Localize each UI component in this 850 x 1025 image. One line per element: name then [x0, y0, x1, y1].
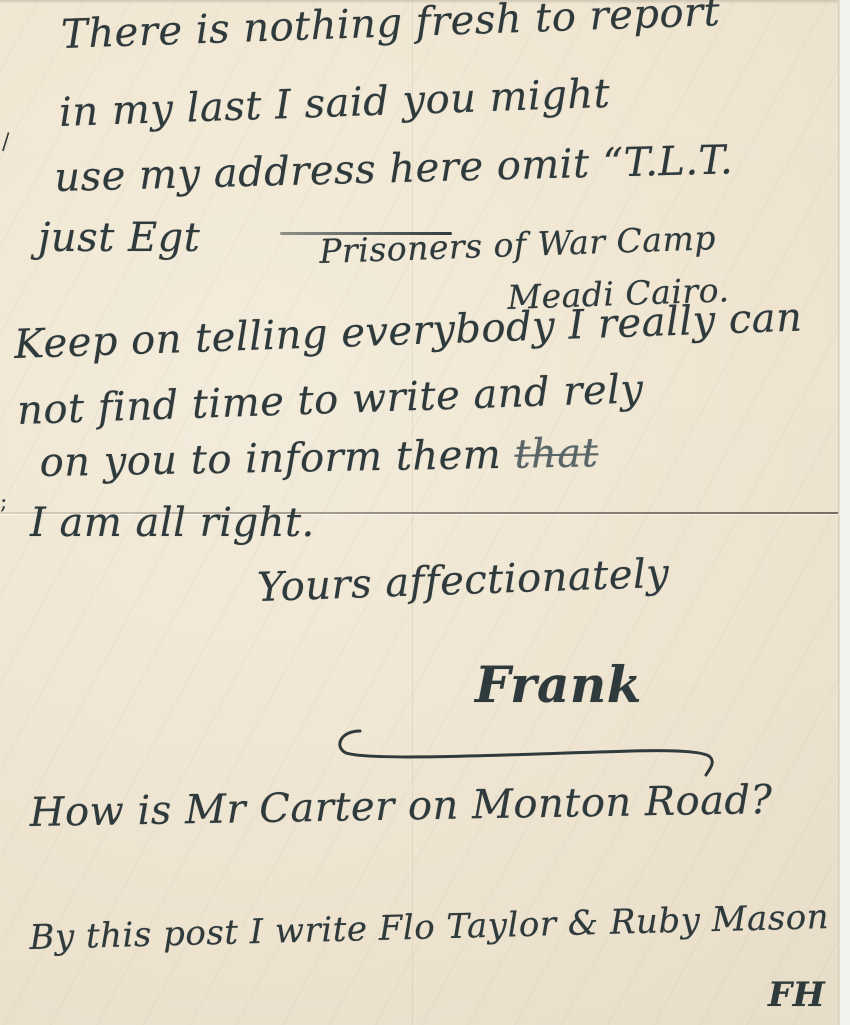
- letter-line-7: on you to inform them that: [39, 430, 598, 486]
- letter-page: / ; There is nothing fresh to report in …: [0, 0, 839, 1025]
- postscript-line-1: How is Mr Carter on Monton Road?: [29, 777, 773, 836]
- letter-line-3: use my address here omit “T.L.T.: [54, 137, 734, 201]
- letter-line-4: just Egt: [38, 215, 200, 261]
- margin-mark: /: [2, 130, 9, 155]
- signature-flourish: [332, 725, 722, 785]
- postscript-line-2: By this post I write Flo Taylor & Ruby M…: [29, 897, 830, 958]
- letter-line-6: not find time to write and rely: [16, 366, 644, 434]
- letter-line-2: in my last I said you might: [58, 71, 611, 136]
- letter-line-8: I am all right.: [30, 500, 315, 546]
- letter-line-1: There is nothing fresh to report: [60, 0, 721, 58]
- signature: Frank: [475, 655, 642, 714]
- address-line-1: Prisoners of War Camp: [319, 218, 717, 271]
- margin-mark: ;: [0, 490, 7, 515]
- closing-salutation: Yours affectionately: [256, 551, 670, 611]
- initials-monogram: FH: [768, 975, 825, 1015]
- struck-word: that: [514, 430, 599, 477]
- letter-line-7-text: on you to inform them: [39, 432, 515, 486]
- letter-line-5: Keep on telling everybody I really can: [13, 295, 803, 368]
